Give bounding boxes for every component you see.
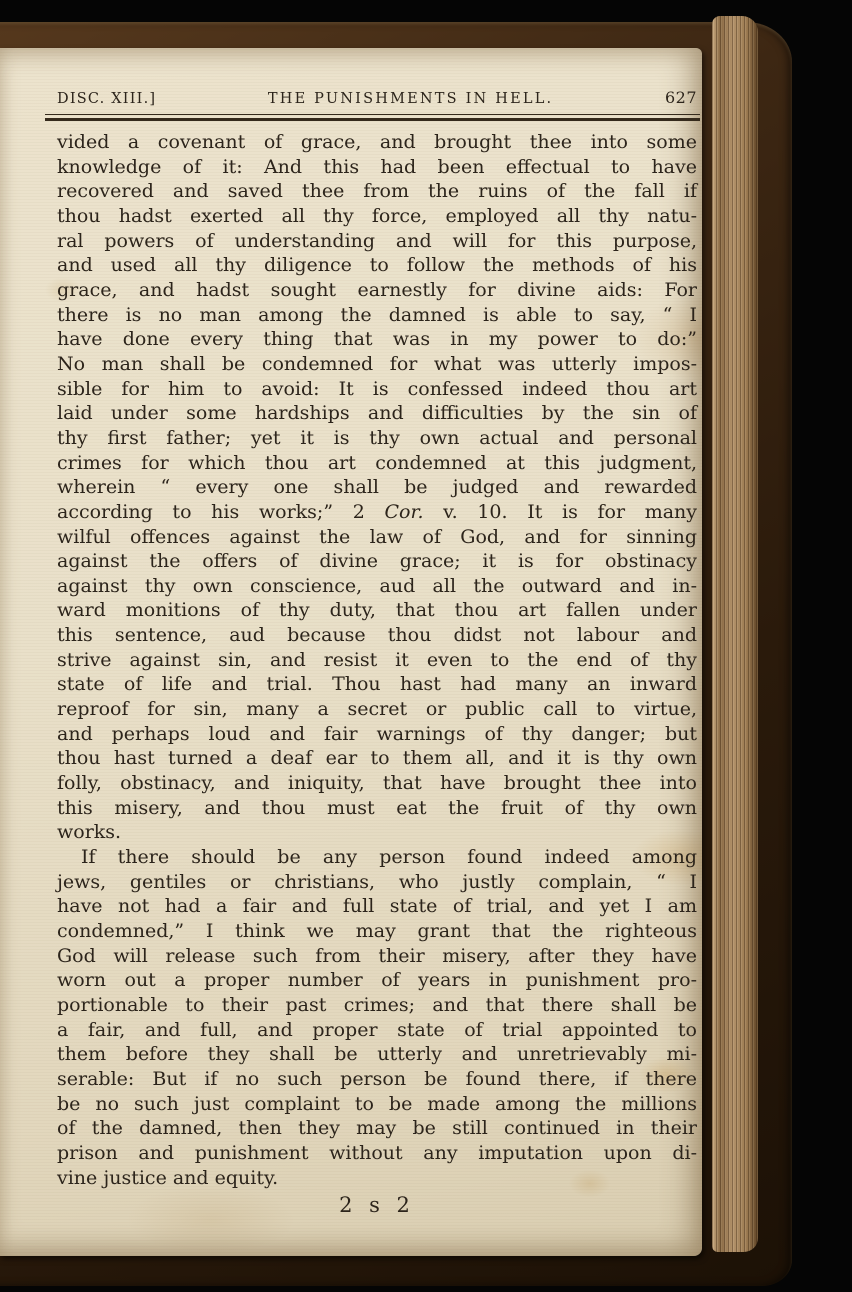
text-line: folly, obstinacy, and iniquity, that hav… [57, 771, 697, 796]
text-line: and perhaps loud and fair warnings of th… [57, 722, 697, 747]
running-head-discourse: DISC. XIII.] [57, 91, 156, 107]
text-line: have not had a fair and full state of tr… [57, 894, 697, 919]
text-line: them before they shall be utterly and un… [57, 1042, 697, 1067]
text-line: jews, gentiles or christians, who justly… [57, 870, 697, 895]
text-line: according to his works;” 2 Cor. v. 10. I… [57, 500, 697, 525]
text-line: have done every thing that was in my pow… [57, 327, 697, 352]
text-line: crimes for which thou art condemned at t… [57, 451, 697, 476]
text-line: worn out a proper number of years in pun… [57, 968, 697, 993]
text-line: knowledge of it: And this had been effec… [57, 155, 697, 180]
text-line: vided a covenant of grace, and brought t… [57, 130, 697, 155]
text-line: If there should be any person found inde… [57, 845, 697, 870]
book-page: DISC. XIII.] THE PUNISHMENTS IN HELL. 62… [0, 48, 702, 1256]
paragraph: If there should be any person found inde… [57, 845, 697, 1190]
text-line: laid under some hardships and difficulti… [57, 401, 697, 426]
text-line: state of life and trial. Thou hast had m… [57, 672, 697, 697]
paragraph: vided a covenant of grace, and brought t… [57, 130, 697, 845]
text-line: grace, and hadst sought earnestly for di… [57, 278, 697, 303]
text-line: sible for him to avoid: It is confessed … [57, 377, 697, 402]
page-number: 627 [665, 88, 697, 107]
text-line: wilful offences against the law of God, … [57, 525, 697, 550]
text-line: this misery, and thou must eat the fruit… [57, 796, 697, 821]
text-line: works. [57, 820, 697, 845]
text-line: ward monitions of thy duty, that thou ar… [57, 598, 697, 623]
text-line: a fair, and full, and proper state of tr… [57, 1018, 697, 1043]
text-line: prison and punishment without any imputa… [57, 1141, 697, 1166]
text-line: strive against sin, and resist it even t… [57, 648, 697, 673]
text-line: there is no man among the damned is able… [57, 303, 697, 328]
text-line: God will release such from their misery,… [57, 944, 697, 969]
header-rule [45, 114, 700, 121]
text-line: No man shall be condemned for what was u… [57, 352, 697, 377]
page-edge-stack [712, 16, 758, 1252]
text-line: against thy own conscience, aud all the … [57, 574, 697, 599]
running-head: DISC. XIII.] THE PUNISHMENTS IN HELL. 62… [57, 88, 697, 107]
printer-signature: 2 s 2 [57, 1193, 697, 1218]
text-line: and used all thy diligence to follow the… [57, 253, 697, 278]
text-line: wherein “ every one shall be judged and … [57, 475, 697, 500]
text-line: vine justice and equity. [57, 1166, 697, 1191]
text-line: reproof for sin, many a secret or public… [57, 697, 697, 722]
running-head-title: THE PUNISHMENTS IN HELL. [156, 91, 665, 107]
text-line: condemned,” I think we may grant that th… [57, 919, 697, 944]
text-line: thy first father; yet it is thy own actu… [57, 426, 697, 451]
text-line: thou hadst exerted all thy force, employ… [57, 204, 697, 229]
photo-of-book: DISC. XIII.] THE PUNISHMENTS IN HELL. 62… [0, 0, 852, 1292]
text-line: serable: But if no such person be found … [57, 1067, 697, 1092]
text-line: ral powers of understanding and will for… [57, 229, 697, 254]
text-line: this sentence, aud because thou didst no… [57, 623, 697, 648]
text-line: against the offers of divine grace; it i… [57, 549, 697, 574]
text-line: thou hast turned a deaf ear to them all,… [57, 746, 697, 771]
text-line: recovered and saved thee from the ruins … [57, 179, 697, 204]
text-line: be no such just complaint to be made amo… [57, 1092, 697, 1117]
text-line: portionable to their past crimes; and th… [57, 993, 697, 1018]
body-text: vided a covenant of grace, and brought t… [57, 130, 697, 1218]
text-line: of the damned, then they may be still co… [57, 1116, 697, 1141]
